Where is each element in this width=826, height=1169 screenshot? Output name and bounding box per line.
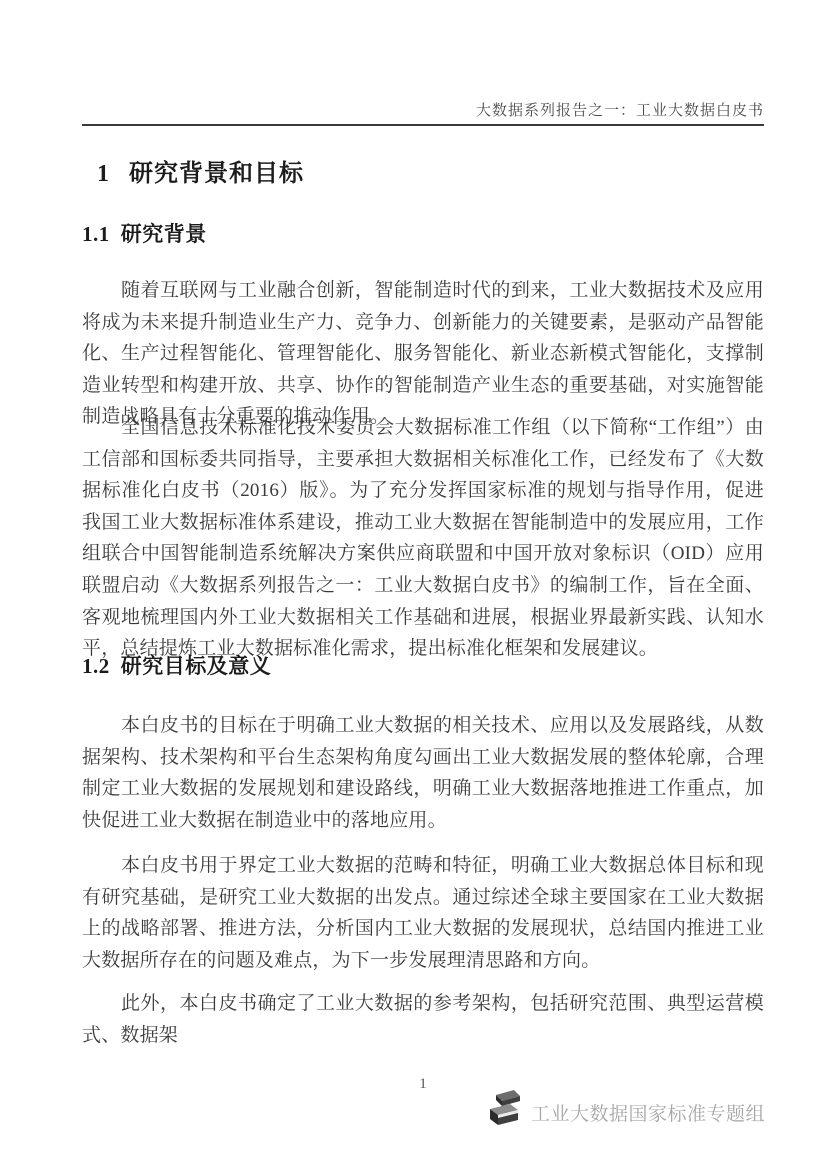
chapter-title: 研究背景和目标 [129,160,304,187]
paragraph: 随着互联网与工业融合创新，智能制造时代的到来，工业大数据技术及应用将成为未来提升… [82,275,764,433]
section-number: 1.2 [82,654,110,678]
paragraph: 此外，本白皮书确定了工业大数据的参考架构，包括研究范围、典型运营模式、数据架 [82,988,764,1051]
paragraph: 本白皮书用于界定工业大数据的范畴和特征，明确工业大数据总体目标和现有研究基础，是… [82,850,764,976]
section-heading-1-2: 1.2研究目标及意义 [82,650,764,680]
section-number: 1.1 [82,222,110,246]
section-title: 研究背景 [121,223,207,246]
section-heading-1-1: 1.1研究背景 [82,218,764,248]
paragraph: 本白皮书的目标在于明确工业大数据的相关技术、应用以及发展路线，从数据架构、技术架… [82,710,764,836]
paragraph: 全国信息技术标准化技术委员会大数据标准工作组（以下简称“工作组”）由工信部和国标… [82,412,764,665]
chapter-number: 1 [97,161,110,187]
footer-logo-text: 工业大数据国家标准专题组 [531,1099,765,1126]
footer-logo: 工业大数据国家标准专题组 [488,1088,765,1137]
document-page: 大数据系列报告之一：工业大数据白皮书 1研究背景和目标 1.1研究背景 随着互联… [0,0,826,1169]
running-header: 大数据系列报告之一：工业大数据白皮书 [82,99,764,126]
section-title: 研究目标及意义 [121,655,272,678]
book-stack-icon [488,1088,520,1137]
chapter-heading: 1研究背景和目标 [82,153,779,188]
